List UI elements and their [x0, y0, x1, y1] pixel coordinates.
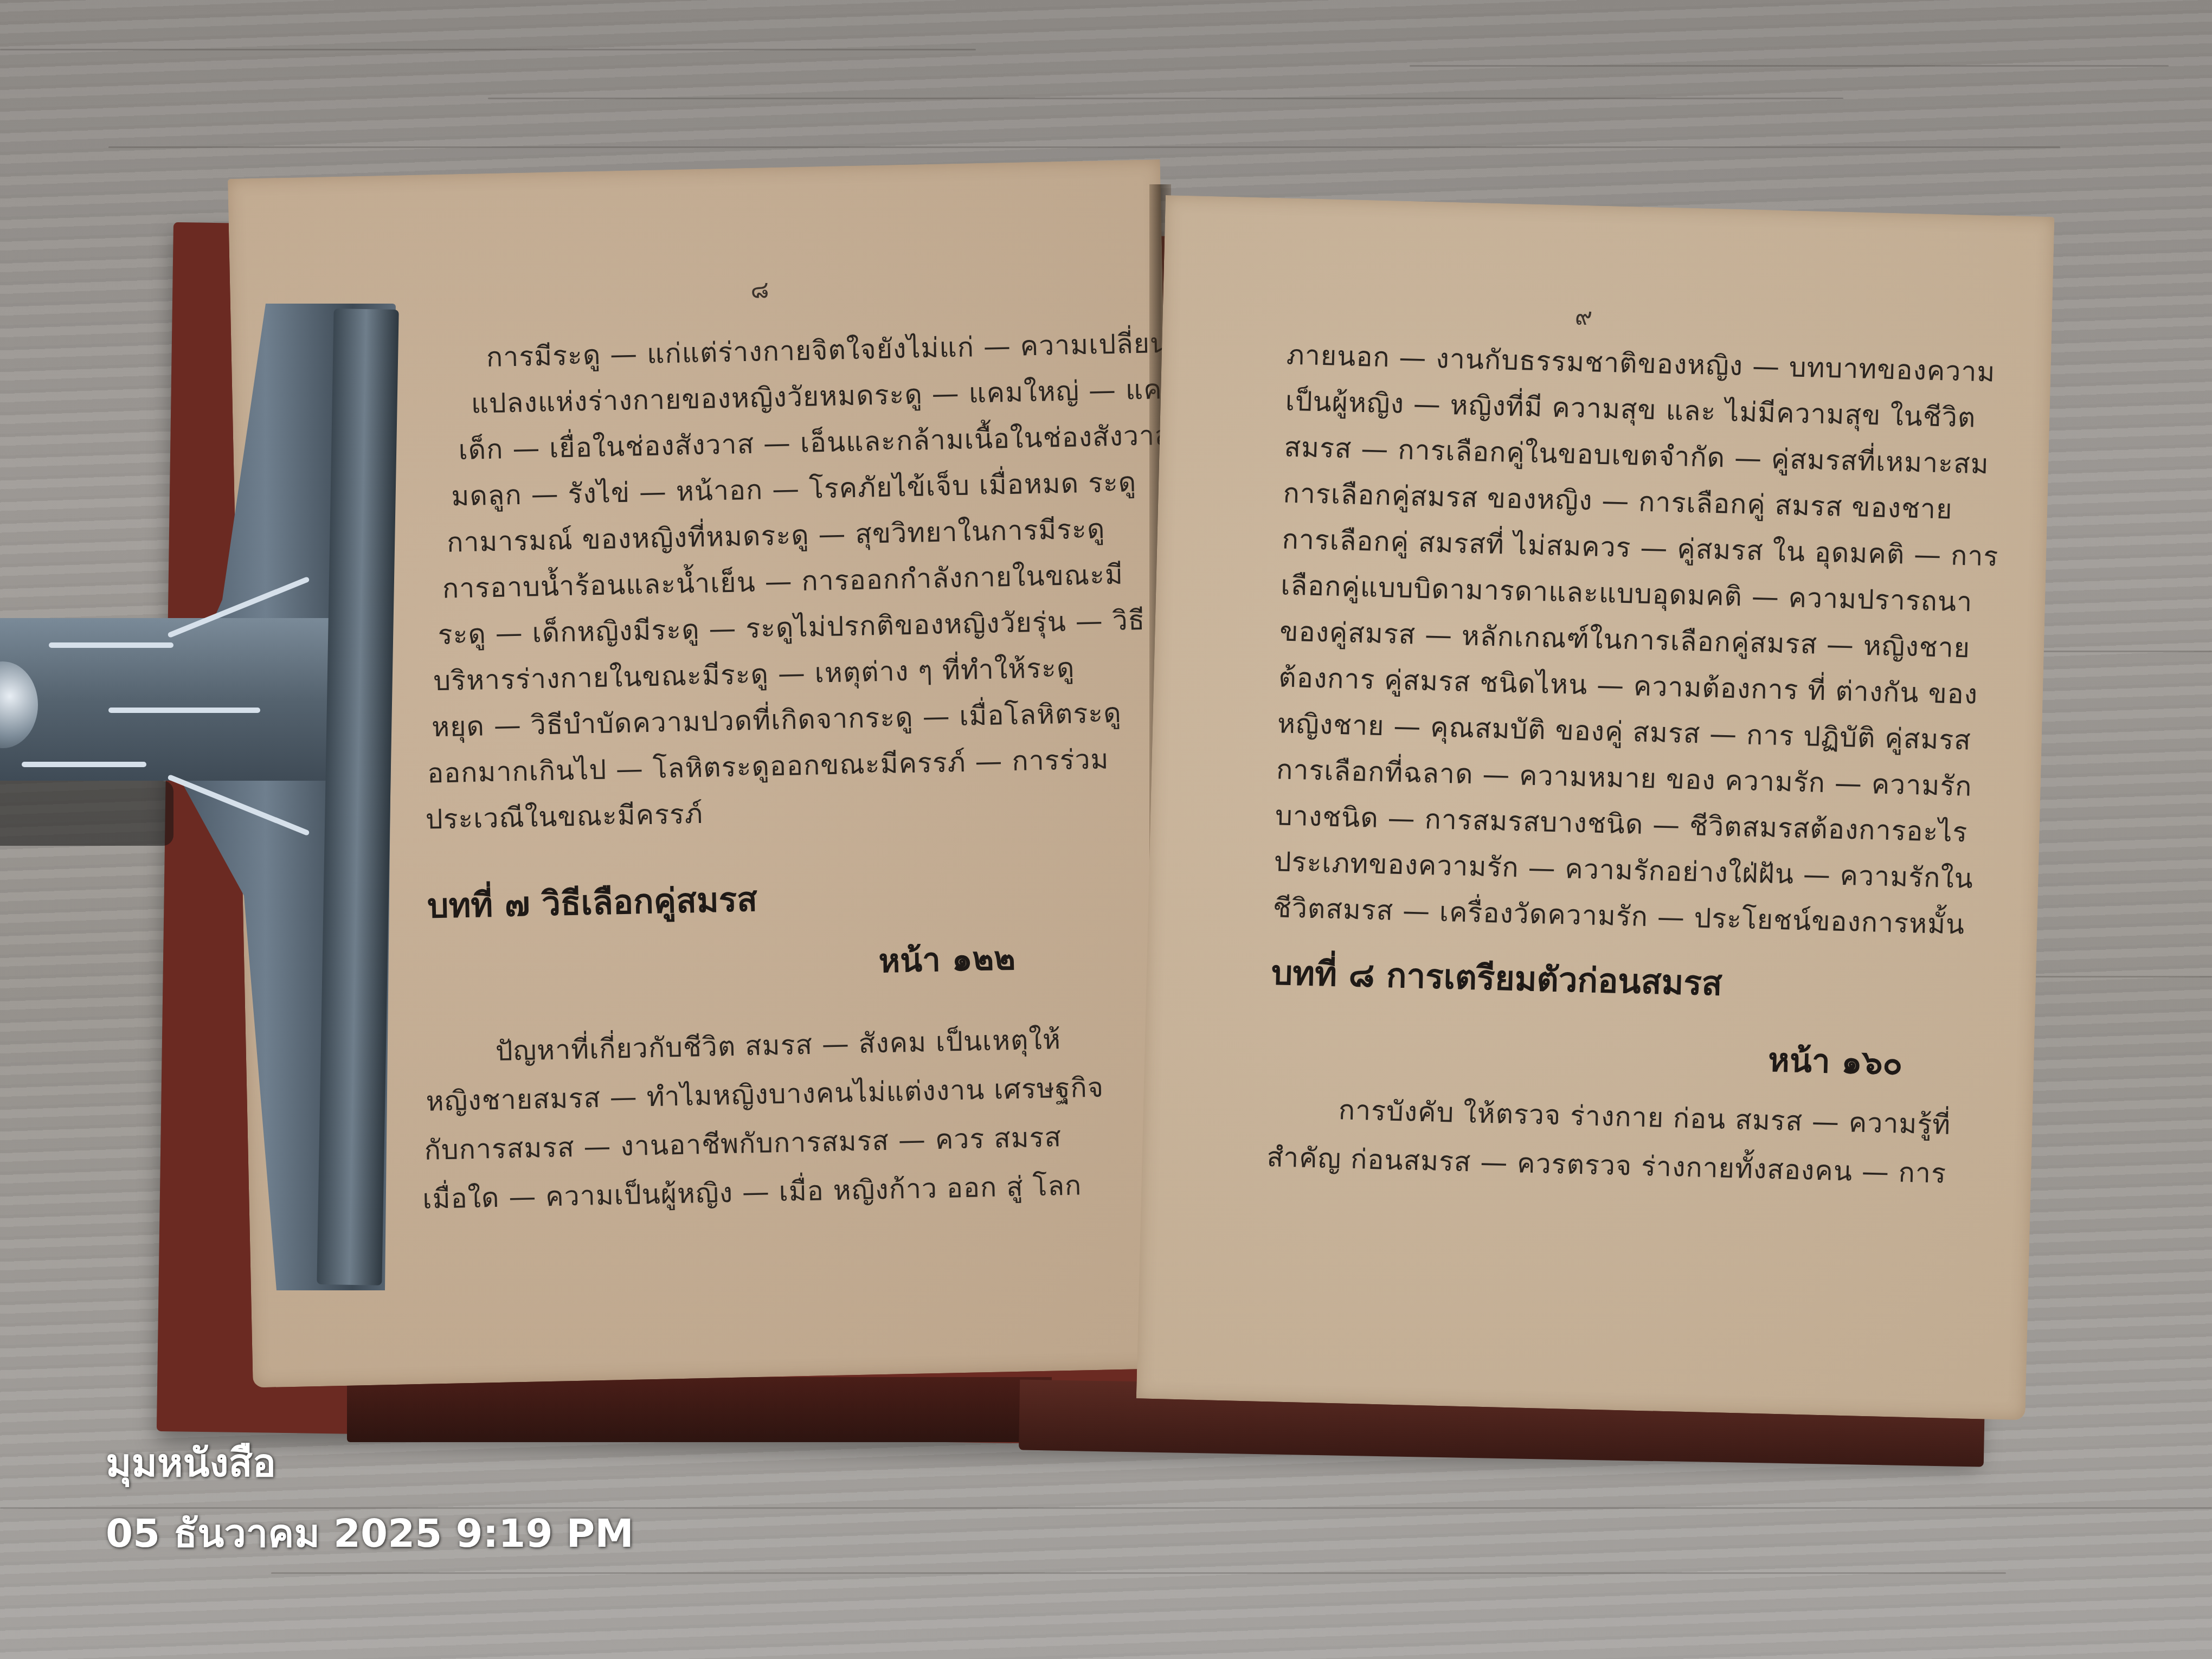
watermark-title: มุมหนังสือ [106, 1431, 276, 1494]
book-cover-bottom-left [347, 1377, 1052, 1442]
page-number: ๘ [750, 271, 769, 309]
clip-ridge [22, 762, 146, 767]
wood-streak [271, 1572, 2006, 1574]
wood-streak [1410, 65, 2169, 67]
chapter-8-title: บทที่ ๘ การเตรียมตัวก่อนสมรส [1271, 946, 1723, 1010]
chapter-7-page: หน้า ๑๒๒ [878, 933, 1015, 987]
toc-line: ประเวณีในขณะมีครรภ์ [425, 793, 704, 841]
toc-line: เมื่อใด — ความเป็นผู้หญิง — เมื่อ หญิงก้… [422, 1164, 1082, 1220]
toc-line: สำคัญ ก่อนสมรส — ควรตรวจ ร่างกายทั้งสองค… [1266, 1136, 1947, 1195]
wood-streak [2006, 976, 2212, 978]
wood-streak [0, 49, 976, 50]
toc-line: กับการสมรส — งานอาชีพกับการสมรส — ควร สม… [424, 1116, 1062, 1172]
chapter-8-page: หน้า ๑๖๐ [1767, 1034, 1903, 1089]
clip-ridge [108, 708, 260, 713]
wood-streak [108, 146, 2060, 148]
toc-line: การบังคับ ให้ตรวจ ร่างกาย ก่อน สมรส — คว… [1338, 1089, 1951, 1147]
watermark-datetime: 05 ธันวาคม 2025 9:19 PM [106, 1502, 634, 1564]
toc-line: หญิงชายสมรส — ทำไมหญิงบางคนไม่แต่งงาน เศ… [426, 1066, 1104, 1123]
clip-shadow [0, 781, 173, 846]
clip-ridge [49, 642, 173, 648]
chapter-7-title: บทที่ ๗ วิธีเลือกคู่สมรส [427, 873, 758, 933]
wood-streak [488, 98, 1843, 99]
toc-line: ปัญหาที่เกี่ยวกับชีวิต สมรส — สังคม เป็น… [495, 1018, 1062, 1073]
right-page: ๙ ภายนอก — งานกับธรรมชาติของหญิง — บทบาท… [1136, 195, 2055, 1420]
page-number: ๙ [1574, 298, 1593, 336]
